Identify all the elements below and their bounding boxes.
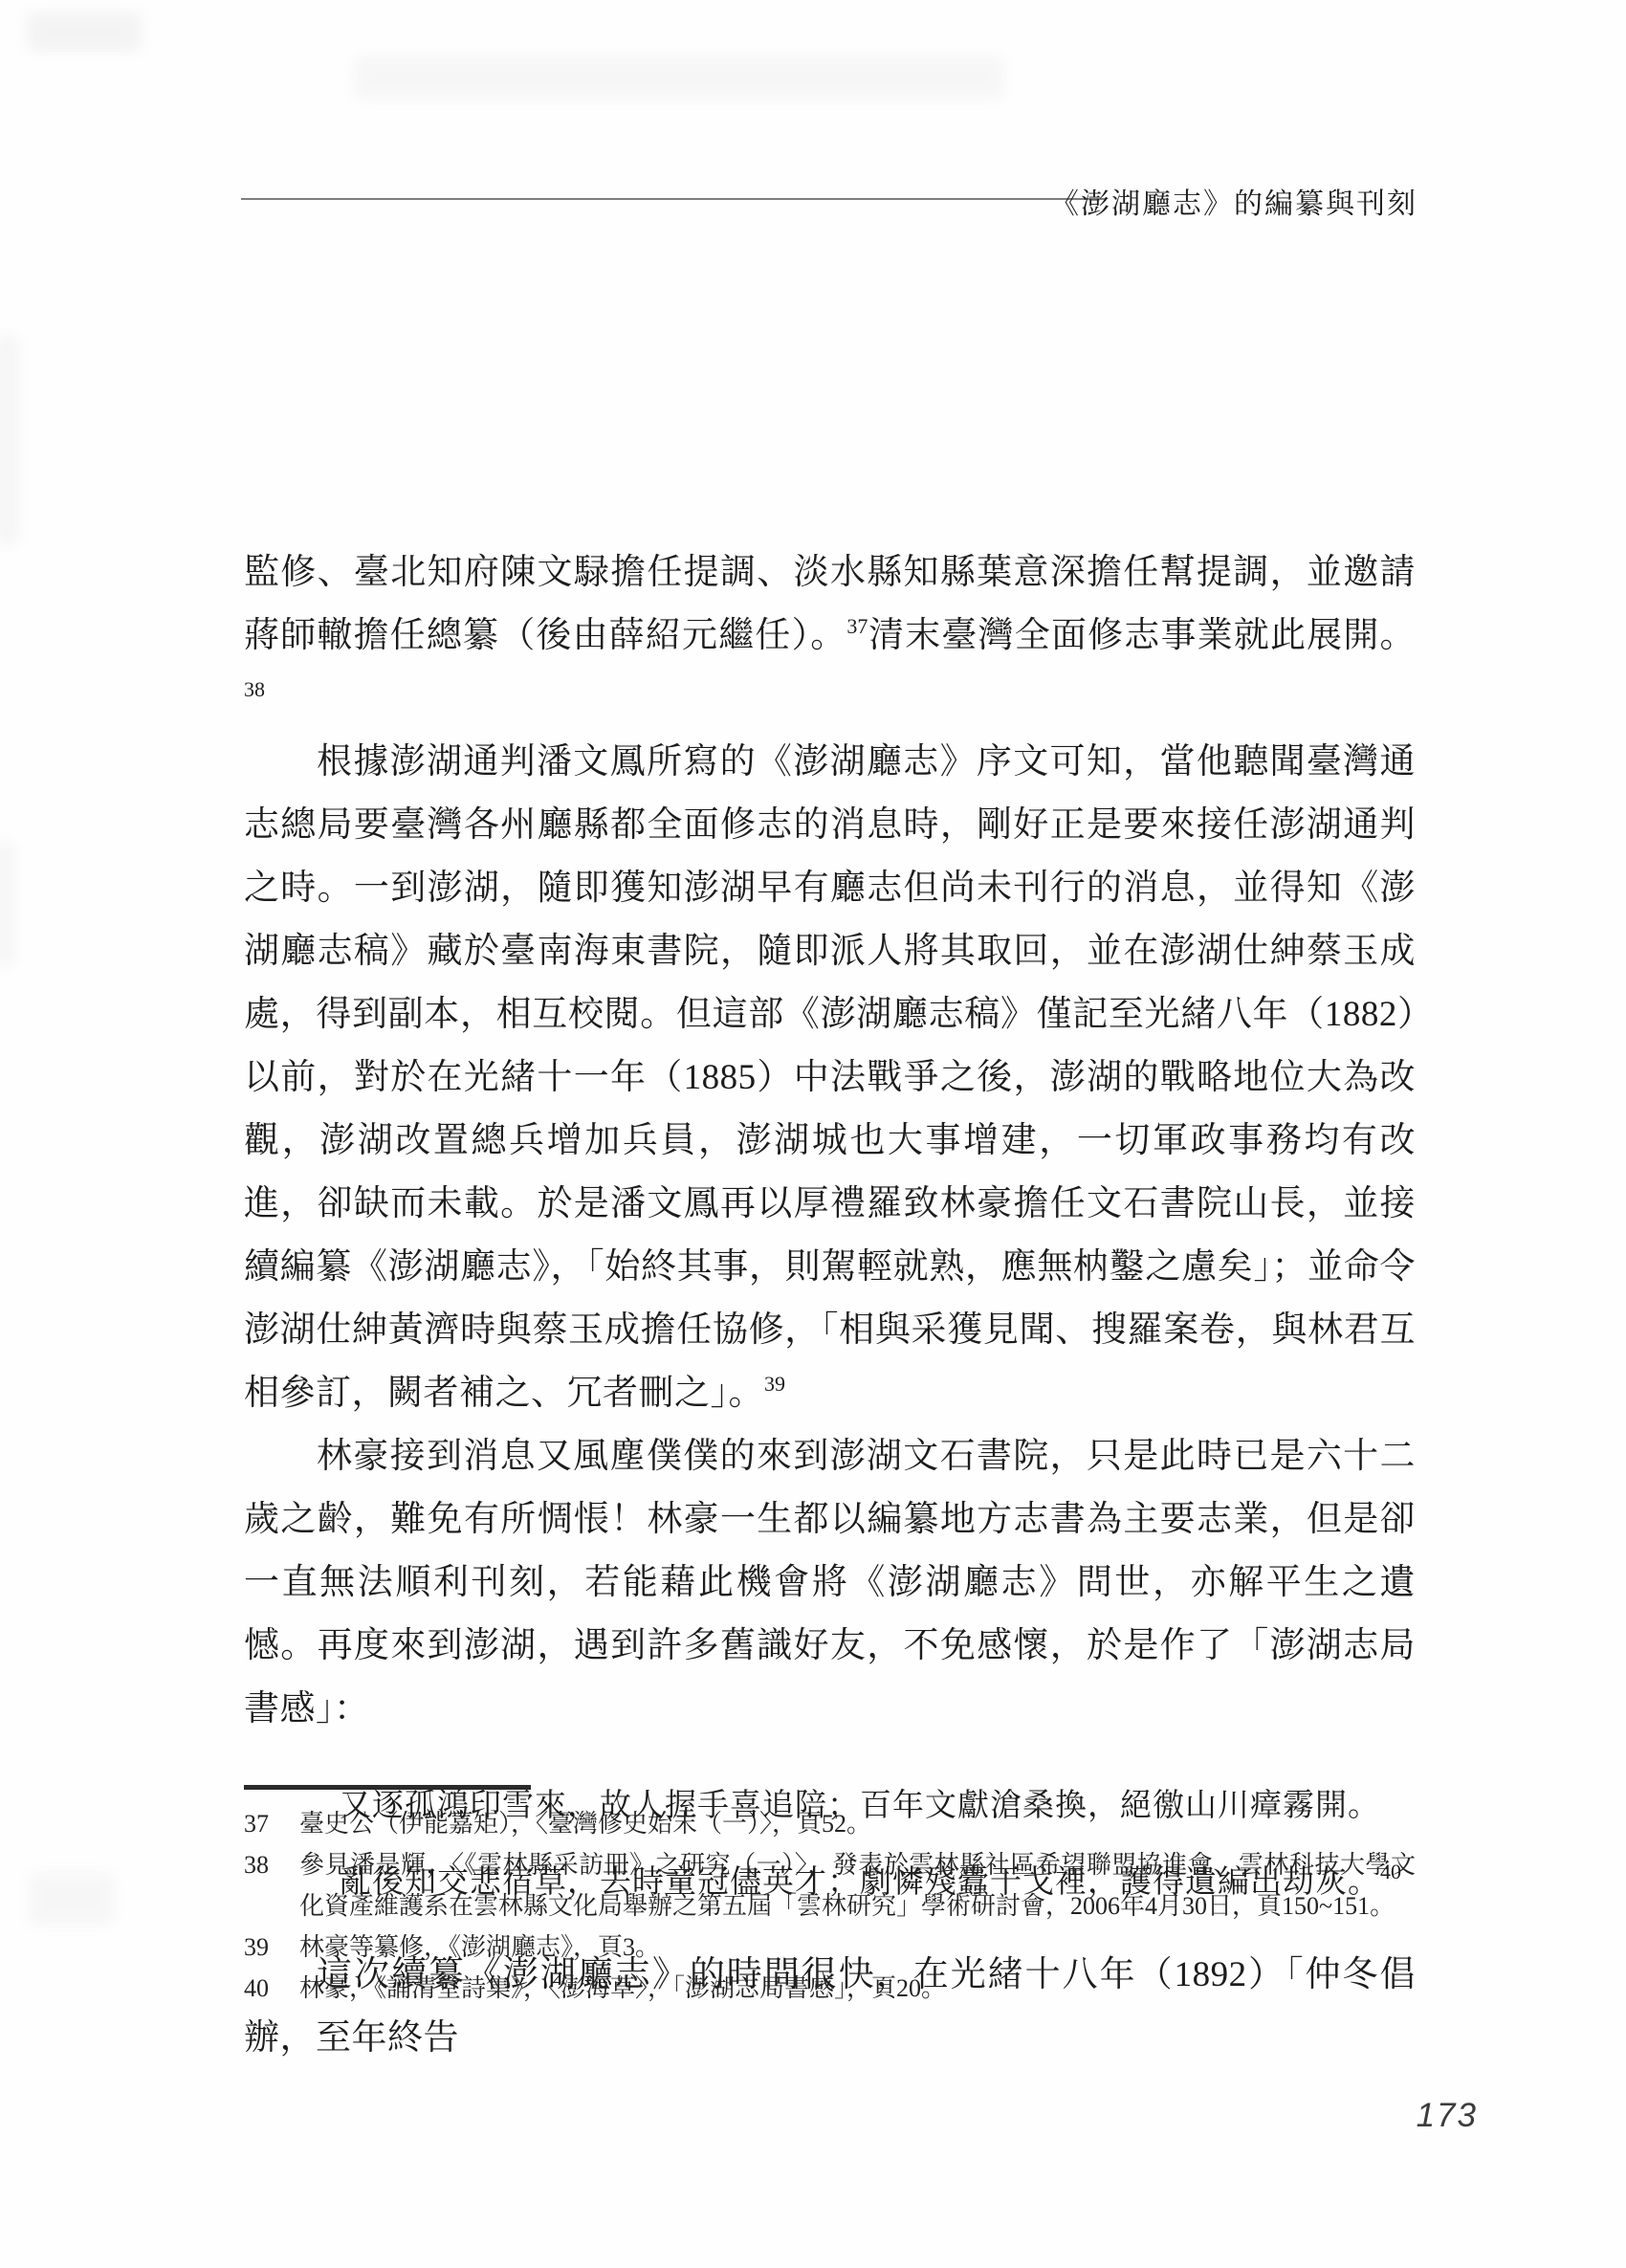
footnote-number: 38: [244, 1844, 269, 1885]
paragraph-text: 清末臺灣全面修志事業就此展開。: [868, 616, 1416, 655]
footnote-number: 40: [244, 1968, 269, 2009]
footnote-item-38: 38 參見潘是輝，〈《雲林縣采訪冊》之研究（一）〉，發表於雲林縣社區希望聯盟協進…: [244, 1844, 1416, 1927]
footnote-number: 37: [244, 1803, 269, 1844]
scan-artifact: [29, 1873, 115, 1926]
footnote-item-37: 37 臺史公（伊能嘉矩），〈臺灣修史始末（一）〉，頁52。: [244, 1803, 1416, 1844]
body-paragraph-1: 監修、臺北知府陳文騄擔任提調、淡水縣知縣葉意深擔任幫提調，並邀請蔣師轍擔任總纂（…: [244, 541, 1416, 731]
paragraph-text: 林豪接到消息又風塵僕僕的來到澎湖文石書院，只是此時已是六十二歲之齡，難免有所惆悵…: [244, 1437, 1416, 1729]
document-page: 《澎湖廳志》的編纂與刊刻 監修、臺北知府陳文騄擔任提調、淡水縣知縣葉意深擔任幫提…: [0, 0, 1626, 2268]
footnote-text: 參見潘是輝，〈《雲林縣采訪冊》之研究（一）〉，發表於雲林縣社區希望聯盟協進會、雲…: [299, 1851, 1416, 1920]
footnote-number: 39: [244, 1927, 269, 1968]
scan-artifact: [354, 55, 1004, 99]
footnote-text: 林豪，《誦清堂詩集》，〈澎海草〉，「澎湖志局書感」，頁20。: [299, 1974, 946, 2002]
scan-artifact: [0, 842, 15, 966]
page-number: 173: [1417, 2097, 1478, 2135]
scan-artifact: [27, 11, 142, 52]
scan-artifact: [0, 335, 19, 545]
header-divider: [241, 198, 1105, 200]
running-header-title: 《澎湖廳志》的編纂與刊刻: [1050, 180, 1417, 222]
footnote-text: 臺史公（伊能嘉矩），〈臺灣修史始末（一）〉，頁52。: [299, 1810, 871, 1838]
footnote-item-40: 40 林豪，《誦清堂詩集》，〈澎海草〉，「澎湖志局書感」，頁20。: [244, 1968, 1416, 2009]
body-paragraph-3: 林豪接到消息又風塵僕僕的來到澎湖文石書院，只是此時已是六十二歲之齡，難免有所惆悵…: [244, 1425, 1416, 1741]
paragraph-text: 根據澎湖通判潘文鳳所寫的《澎湖廳志》序文可知，當他聽聞臺灣通志總局要臺灣各州廳縣…: [244, 742, 1416, 1413]
body-paragraph-2: 根據澎湖通判潘文鳳所寫的《澎湖廳志》序文可知，當他聽聞臺灣通志總局要臺灣各州廳縣…: [244, 731, 1416, 1425]
footnote-item-39: 39 林豪等纂修，《澎湖廳志》，頁3。: [244, 1927, 1416, 1968]
footnote-ref-39: 39: [764, 1372, 785, 1396]
footnote-text: 林豪等纂修，《澎湖廳志》，頁3。: [299, 1933, 660, 1961]
footnote-ref-38: 38: [244, 677, 265, 701]
footnote-divider: [244, 1785, 531, 1790]
footnote-ref-37: 37: [846, 614, 868, 638]
footnotes-section: 37 臺史公（伊能嘉矩），〈臺灣修史始末（一）〉，頁52。 38 參見潘是輝，〈…: [244, 1785, 1416, 2009]
